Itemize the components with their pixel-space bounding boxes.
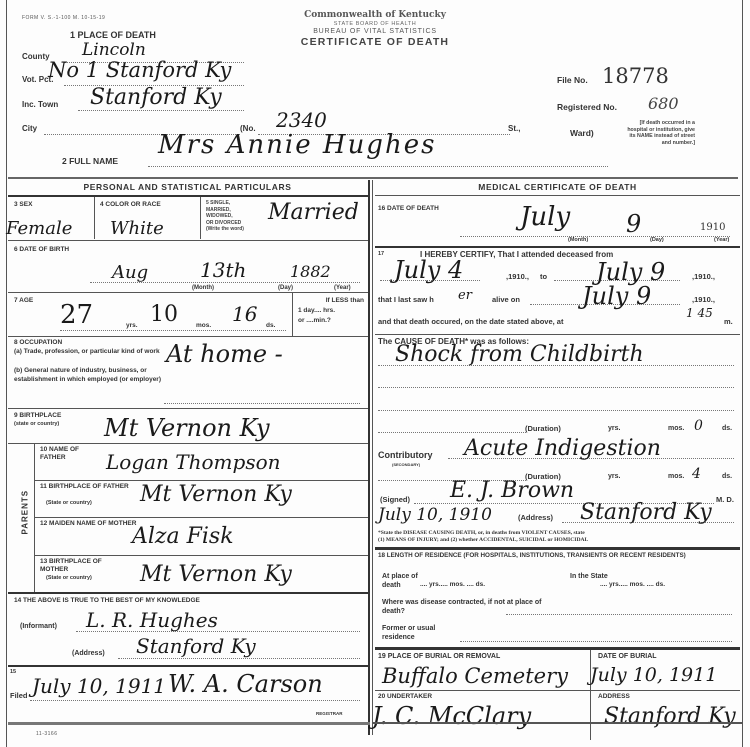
- duration1-label: (Duration): [525, 425, 561, 433]
- row-rule-heavy: [375, 547, 740, 550]
- age-days-value: 16: [232, 302, 257, 326]
- color-race-label: 4 COLOR OR RACE: [100, 201, 161, 209]
- undertaker-address-value: Stanford Ky: [604, 704, 736, 729]
- burial-place-label: 19 PLACE OF BURIAL OR REMOVAL: [378, 653, 500, 661]
- occupation-industry-label: (b) General nature of industry, business…: [14, 367, 164, 384]
- in-state-label: In the State: [570, 572, 610, 581]
- residence-heading: 18 LENGTH OF RESIDENCE (FOR HOSPITALS, I…: [378, 552, 738, 560]
- signed-address-label: (Address): [518, 514, 553, 522]
- commonwealth-line: Commonwealth of Kentucky: [250, 10, 500, 20]
- mother-maiden-name-label: 12 MAIDEN NAME OF MOTHER: [40, 520, 140, 528]
- ward-label: Ward): [570, 128, 594, 138]
- former-residence-label: Former or usual residence: [382, 624, 452, 642]
- informant-label: (Informant): [20, 623, 57, 631]
- former-residence-line: [460, 641, 732, 642]
- registrar-label: REGISTRAR: [316, 710, 343, 718]
- row-rule: [8, 240, 368, 241]
- mother-birthplace-value: Mt Vernon Ky: [140, 562, 292, 587]
- dod-field-line: [460, 236, 730, 237]
- row-rule: [8, 292, 368, 293]
- informant-address-field-line: [118, 658, 360, 659]
- duration1-days-value: 0: [694, 418, 703, 434]
- color-race-value: White: [110, 218, 164, 239]
- year-caption: (Year): [334, 284, 351, 292]
- dod-year-caption: (Year): [714, 236, 729, 244]
- father-birthplace-label: 11 BIRTHPLACE OF FATHER: [40, 483, 130, 491]
- signed-label: (Signed): [380, 496, 410, 504]
- footnote-line: *State the DISEASE CAUSING DEATH, or, in…: [378, 530, 738, 537]
- row-rule: [8, 336, 368, 337]
- top-separator: [8, 177, 738, 179]
- age-label: 7 AGE: [14, 297, 33, 305]
- mother-maiden-name-value: Alza Fisk: [132, 524, 234, 549]
- row-rule: [375, 334, 740, 335]
- undertaker-value: J. C. McClary: [372, 702, 531, 730]
- county-value: Lincoln: [82, 40, 146, 60]
- file-no-label: File No.: [557, 75, 588, 85]
- less-than-line: or ....min.?: [298, 316, 364, 326]
- medical-title-rule: [375, 195, 740, 196]
- street-label: St.,: [508, 124, 520, 133]
- duration1-line: [378, 432, 526, 433]
- right-page-edge: [742, 0, 743, 747]
- date-of-death-label: 16 DATE OF DEATH: [378, 205, 439, 213]
- less-than-line: If LESS than: [298, 296, 364, 306]
- form-number: 11-3166: [36, 731, 57, 737]
- occupation-trade-label: (a) Trade, profession, or particular kin…: [14, 348, 164, 356]
- row-rule: [375, 246, 740, 248]
- signed-address-value: Stanford Ky: [580, 500, 712, 525]
- state-residence-units: .... yrs..... mos. .... ds.: [600, 581, 665, 589]
- color-marital-divider: [200, 197, 201, 239]
- duration1-ds-label: ds.: [722, 425, 732, 433]
- center-divider: [368, 180, 370, 735]
- less-than-day-label: If LESS than 1 day.... hrs. or ....min.?: [298, 296, 364, 326]
- death-time-suffix: m.: [724, 318, 733, 326]
- months-unit-label: mos.: [196, 322, 211, 330]
- father-name-value: Logan Thompson: [106, 450, 281, 474]
- mother-birthplace-sub: (State or country): [46, 574, 92, 582]
- certificate-header: Commonwealth of Kentucky STATE BOARD OF …: [250, 10, 500, 48]
- dod-year-value: 1910: [700, 222, 725, 233]
- contributory-label: Contributory: [378, 450, 433, 460]
- attended-from-value: July 4: [394, 256, 463, 284]
- left-page-edge: [6, 0, 7, 747]
- place-residence-units: .... yrs..... mos. .... ds.: [420, 581, 485, 589]
- bottom-rule: [8, 722, 370, 725]
- disease-contracted-line: [506, 614, 732, 615]
- sex-value: Female: [6, 218, 72, 239]
- filed-label: Filed: [10, 692, 28, 700]
- occupation-value: At home -: [166, 340, 283, 368]
- informant-value: L. R. Hughes: [86, 608, 218, 632]
- physician-signature: E. J. Brown: [450, 478, 574, 503]
- file-no-value: 18778: [602, 64, 669, 88]
- duration2-yrs-label: yrs.: [608, 473, 620, 481]
- cause-line-2: [378, 387, 734, 388]
- father-birthplace-value: Mt Vernon Ky: [140, 482, 292, 507]
- alive-on-label: alive on: [492, 296, 520, 304]
- cause-of-death-value: Shock from Childbirth: [395, 342, 644, 367]
- sex-label: 3 SEX: [14, 201, 32, 209]
- hospital-note: [If death occurred in a hospital or inst…: [623, 120, 695, 146]
- undertaker-address-label: ADDRESS: [598, 693, 630, 701]
- occupation-label: 8 OCCUPATION: [14, 339, 62, 347]
- certificate-title: CERTIFICATE OF DEATH: [250, 36, 500, 48]
- dob-month-value: Aug: [112, 262, 148, 283]
- age-field-line: [60, 330, 286, 331]
- day-caption: (Day): [278, 284, 293, 292]
- inc-town-value: Stanford Ky: [90, 85, 222, 110]
- md-label: M. D.: [716, 496, 734, 504]
- dod-day-caption: (Day): [650, 236, 664, 244]
- death-occurred-label: and that death occured, on the date stat…: [378, 318, 563, 326]
- informant-address-label: (Address): [72, 650, 105, 658]
- dod-month-value: July: [520, 202, 570, 232]
- registered-no-label: Registered No.: [557, 102, 617, 112]
- county-label: County: [22, 52, 50, 61]
- dob-year-value: 1882: [290, 262, 331, 281]
- registrar-signature: W. A. Carson: [168, 670, 323, 698]
- to-label: to: [540, 273, 547, 281]
- row-rule: [8, 408, 368, 409]
- cause-line-3: [378, 410, 734, 411]
- personal-section-title: PERSONAL AND STATISTICAL PARTICULARS: [10, 182, 365, 192]
- burial-date-label: DATE OF BURIAL: [598, 653, 657, 661]
- registered-no-value: 680: [648, 94, 679, 113]
- father-birthplace-sub: (State or country): [46, 499, 92, 507]
- street-no-value: 2340: [276, 108, 327, 132]
- date-of-birth-label: 6 DATE OF BIRTH: [14, 246, 69, 254]
- sex-color-divider: [94, 197, 95, 239]
- personal-title-rule: [8, 195, 368, 197]
- age-months-value: 10: [150, 302, 178, 327]
- signed-date-value: July 10, 1910: [378, 505, 492, 525]
- bottom-rule-right: [372, 722, 742, 724]
- burial-date-value: July 10, 1911: [590, 664, 717, 686]
- cause-footnote: *State the DISEASE CAUSING DEATH, or, in…: [378, 530, 738, 544]
- inc-town-field-line: [78, 110, 244, 111]
- filed-item-number: 15: [10, 668, 16, 676]
- attestation-label: 14 THE ABOVE IS TRUE TO THE BEST OF MY K…: [14, 597, 200, 605]
- filed-date-value: July 10, 1911: [32, 674, 166, 698]
- attended-from-year: ,1910.,: [506, 273, 529, 281]
- footnote-line: (1) MEANS OF INJURY; and (2) whether ACC…: [378, 537, 738, 544]
- parents-label: PARENTS: [21, 495, 30, 535]
- full-name-value: Mrs Annie Hughes: [158, 130, 436, 160]
- certify-item-number: 17: [378, 250, 384, 258]
- days-unit-label: ds.: [266, 322, 275, 330]
- row-rule-heavy: [8, 665, 368, 667]
- mother-birthplace-label: 13 BIRTHPLACE OF MOTHER: [40, 558, 130, 574]
- duration1-yrs-label: yrs.: [608, 425, 620, 433]
- less-than-line: 1 day.... hrs.: [298, 306, 364, 316]
- row-rule: [8, 443, 368, 444]
- birthplace-sub-label: (state or country): [14, 420, 59, 428]
- contributory-value: Acute Indigestion: [464, 436, 661, 461]
- bureau-line: BUREAU OF VITAL STATISTICS: [250, 28, 500, 35]
- burial-place-value: Buffalo Cemetery: [382, 664, 568, 688]
- duration1-mos-label: mos.: [668, 425, 684, 433]
- dod-month-caption: (Month): [568, 236, 588, 244]
- marital-label-line: (Write the word): [206, 226, 244, 233]
- place-of-death-heading: 1 PLACE OF DEATH: [70, 30, 156, 40]
- row-rule: [34, 555, 368, 556]
- contributory-sub-label: (SECONDARY): [392, 461, 420, 469]
- full-name-field-line: [148, 166, 608, 167]
- inc-town-label: Inc. Town: [22, 100, 58, 109]
- month-caption: (Month): [192, 284, 214, 292]
- medical-section-title: MEDICAL CERTIFICATE OF DEATH: [375, 182, 740, 192]
- birthplace-value: Mt Vernon Ky: [104, 414, 270, 442]
- dob-day-value: 13th: [200, 258, 246, 282]
- row-rule: [34, 517, 368, 518]
- informant-address-value: Stanford Ky: [136, 634, 256, 658]
- attended-to-year: ,1910.,: [692, 273, 715, 281]
- vot-pct-value: No 1 Stanford Ky: [48, 58, 231, 82]
- form-code: FORM V. S.-1-100 M. 10-15-19: [22, 15, 105, 21]
- marital-status-label: 5 SINGLE, MARRIED, WIDOWED, OR DIVORCED …: [206, 200, 244, 233]
- city-label: City: [22, 124, 37, 133]
- birthplace-label: 9 BIRTHPLACE: [14, 412, 61, 420]
- row-rule-heavy: [375, 647, 740, 650]
- death-time-value: 1 45: [686, 306, 713, 320]
- duration2-ds-label: ds.: [722, 473, 732, 481]
- father-name-label: 10 NAME OF FATHER: [40, 446, 100, 462]
- center-divider-inner: [372, 180, 373, 735]
- last-saw-date: July 9: [582, 282, 651, 310]
- occupation-field-line: [164, 403, 360, 404]
- duration2-days-value: 4: [692, 466, 701, 482]
- age-less-divider: [292, 292, 293, 336]
- filed-field-line: [30, 700, 360, 701]
- row-rule: [375, 690, 740, 691]
- dod-day-value: 9: [626, 210, 641, 238]
- full-name-label: 2 FULL NAME: [62, 156, 118, 166]
- last-saw-year: ,1910.,: [692, 296, 715, 304]
- last-saw-label: that I last saw h: [378, 296, 434, 304]
- age-years-value: 27: [60, 300, 93, 330]
- state-board-line: STATE BOARD OF HEALTH: [250, 21, 500, 27]
- undertaker-label: 20 UNDERTAKER: [378, 693, 432, 701]
- last-saw-pronoun: er: [458, 288, 472, 303]
- duration2-mos-label: mos.: [668, 473, 684, 481]
- years-unit-label: yrs.: [126, 322, 138, 330]
- row-rule: [34, 480, 368, 481]
- row-rule-heavy: [8, 592, 368, 594]
- marital-status-value: Married: [268, 200, 359, 225]
- parents-divider: [34, 443, 35, 593]
